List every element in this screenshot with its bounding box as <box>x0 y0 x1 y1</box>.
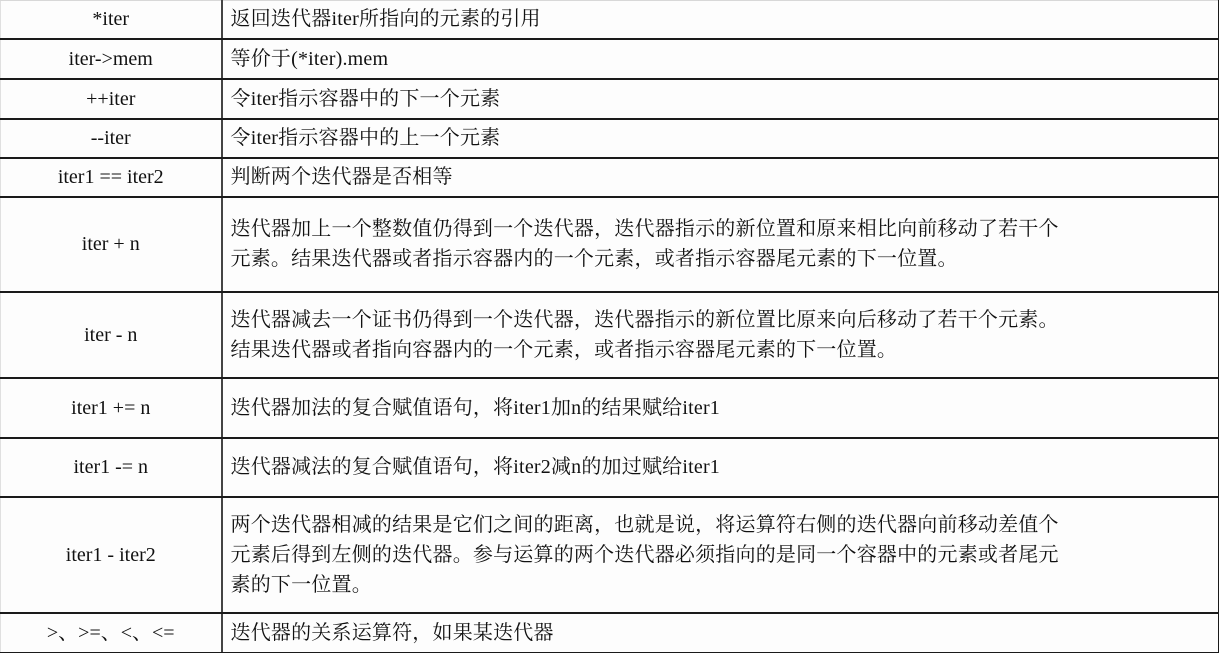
operator-cell: iter->mem <box>1 39 222 79</box>
iterator-operations-table: *iter返回迭代器iter所指向的元素的引用iter->mem等价于(*ite… <box>0 0 1219 653</box>
description-line: 元素后得到左侧的迭代器。参与运算的两个迭代器必须指向的是同一个容器中的元素或者尾… <box>231 540 1212 570</box>
operator-cell: iter + n <box>1 197 222 292</box>
description-line: 元素。结果迭代器或者指示容器内的一个元素，或者指示容器尾元素的下一位置。 <box>231 244 1212 274</box>
operator-cell: iter1 += n <box>1 378 222 438</box>
operator-cell: >、>=、<、<= <box>1 613 222 653</box>
operator-cell: iter1 -= n <box>1 438 222 497</box>
description-line: 迭代器加法的复合赋值语句，将iter1加n的结果赋给iter1 <box>231 393 1212 423</box>
description-cell: 判断两个迭代器是否相等 <box>222 158 1219 197</box>
description-cell: 令iter指示容器中的下一个元素 <box>222 79 1219 119</box>
description-line: 结果迭代器或者指向容器内的一个元素，或者指示容器尾元素的下一位置。 <box>231 335 1212 365</box>
description-cell: 令iter指示容器中的上一个元素 <box>222 119 1219 158</box>
operator-cell: --iter <box>1 119 222 158</box>
description-cell: 两个迭代器相减的结果是它们之间的距离，也就是说，将运算符右侧的迭代器向前移动差值… <box>222 497 1219 613</box>
description-line: 返回迭代器iter所指向的元素的引用 <box>231 4 1212 34</box>
description-line: 令iter指示容器中的上一个元素 <box>231 123 1212 153</box>
description-cell: 迭代器减法的复合赋值语句，将iter2减n的加过赋给iter1 <box>222 438 1219 497</box>
description-line: 迭代器加上一个整数值仍得到一个迭代器，迭代器指示的新位置和原来相比向前移动了若干… <box>231 214 1212 244</box>
description-cell: 迭代器加法的复合赋值语句，将iter1加n的结果赋给iter1 <box>222 378 1219 438</box>
description-cell: 返回迭代器iter所指向的元素的引用 <box>222 1 1219 39</box>
description-cell: 等价于(*iter).mem <box>222 39 1219 79</box>
table-row: iter1 == iter2判断两个迭代器是否相等 <box>1 158 1219 197</box>
table-row: >、>=、<、<=迭代器的关系运算符，如果某迭代器 <box>1 613 1219 653</box>
operator-cell: *iter <box>1 1 222 39</box>
table-row: iter - n迭代器减去一个证书仍得到一个迭代器，迭代器指示的新位置比原来向后… <box>1 292 1219 378</box>
description-line: 迭代器的关系运算符，如果某迭代器 <box>231 618 1212 648</box>
description-cell: 迭代器减去一个证书仍得到一个迭代器，迭代器指示的新位置比原来向后移动了若干个元素… <box>222 292 1219 378</box>
table-body: *iter返回迭代器iter所指向的元素的引用iter->mem等价于(*ite… <box>1 1 1219 653</box>
operator-cell: ++iter <box>1 79 222 119</box>
description-line: 判断两个迭代器是否相等 <box>231 162 1212 192</box>
table-row: iter1 - iter2两个迭代器相减的结果是它们之间的距离，也就是说，将运算… <box>1 497 1219 613</box>
description-line: 两个迭代器相减的结果是它们之间的距离，也就是说，将运算符右侧的迭代器向前移动差值… <box>231 510 1212 540</box>
table-row: iter1 -= n迭代器减法的复合赋值语句，将iter2减n的加过赋给iter… <box>1 438 1219 497</box>
description-line: 素的下一位置。 <box>231 570 1212 600</box>
table-row: iter1 += n迭代器加法的复合赋值语句，将iter1加n的结果赋给iter… <box>1 378 1219 438</box>
operator-cell: iter - n <box>1 292 222 378</box>
table-row: iter + n迭代器加上一个整数值仍得到一个迭代器，迭代器指示的新位置和原来相… <box>1 197 1219 292</box>
description-cell: 迭代器的关系运算符，如果某迭代器 <box>222 613 1219 653</box>
table-row: --iter令iter指示容器中的上一个元素 <box>1 119 1219 158</box>
table-row: *iter返回迭代器iter所指向的元素的引用 <box>1 1 1219 39</box>
operator-cell: iter1 == iter2 <box>1 158 222 197</box>
description-line: 等价于(*iter).mem <box>231 44 1212 74</box>
description-line: 迭代器减法的复合赋值语句，将iter2减n的加过赋给iter1 <box>231 452 1212 482</box>
table-row: iter->mem等价于(*iter).mem <box>1 39 1219 79</box>
table-row: ++iter令iter指示容器中的下一个元素 <box>1 79 1219 119</box>
description-cell: 迭代器加上一个整数值仍得到一个迭代器，迭代器指示的新位置和原来相比向前移动了若干… <box>222 197 1219 292</box>
operator-cell: iter1 - iter2 <box>1 497 222 613</box>
description-line: 令iter指示容器中的下一个元素 <box>231 84 1212 114</box>
description-line: 迭代器减去一个证书仍得到一个迭代器，迭代器指示的新位置比原来向后移动了若干个元素… <box>231 305 1212 335</box>
